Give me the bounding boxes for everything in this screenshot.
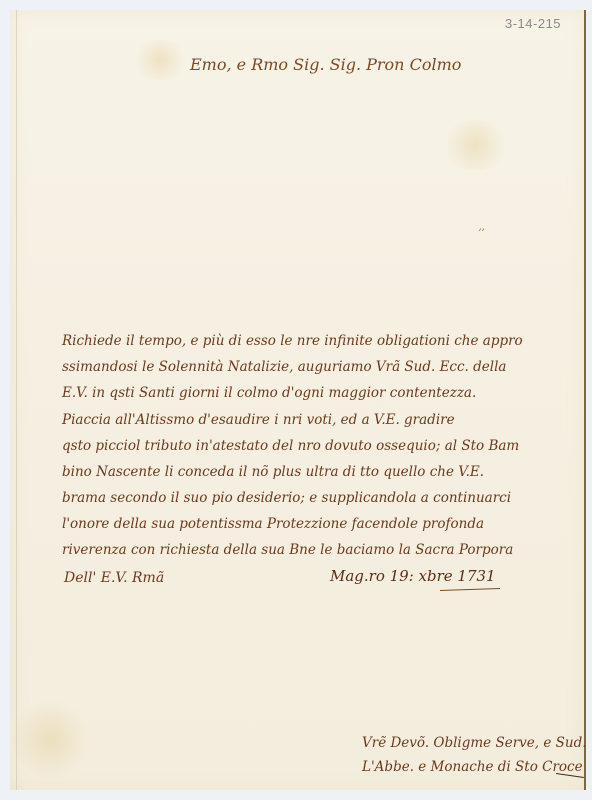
letter-body-line: qsto picciol tributo in'atestato del nro… bbox=[62, 440, 519, 454]
letter-body-line: Piaccia all'Altissmo d'esaudire i nri vo… bbox=[62, 414, 455, 428]
letter-body-line: ssimandosi le Solennità Natalizie, augur… bbox=[62, 361, 506, 375]
salutation: Emo, e Rmo Sig. Sig. Pron Colmo bbox=[190, 55, 461, 74]
paper-stain bbox=[130, 40, 190, 80]
letter-date: Mag.ro 19: xbre 1731 bbox=[330, 567, 496, 585]
paper-stain bbox=[440, 120, 510, 170]
letter-body-line: riverenza con richiesta della sua Bne le… bbox=[62, 544, 513, 558]
letter-body-line: l'onore della sua potentissma Protezzion… bbox=[62, 518, 484, 532]
paper-stain bbox=[10, 700, 90, 780]
archive-number: 3-14-215 bbox=[505, 16, 561, 31]
closing-formula: Dell' E.V. Rmã bbox=[64, 570, 164, 586]
letter-body-line: brama secondo il suo pio desiderio; e su… bbox=[62, 492, 511, 506]
letter-body-line: Richiede il tempo, e più di esso le nre … bbox=[62, 335, 523, 349]
signature-line: Vrẽ Devõ. Obligme Serve, e Sud. bbox=[362, 735, 587, 751]
signature-line: L'Abbe. e Monache di Sto Croce bbox=[362, 759, 583, 775]
marginal-ink-mark: ʼʼ bbox=[478, 228, 484, 239]
letter-body-line: E.V. in qsti Santi giorni il colmo d'ogn… bbox=[62, 387, 476, 401]
letter-body-line: bino Nascente li conceda il nõ plus ultr… bbox=[62, 466, 484, 480]
